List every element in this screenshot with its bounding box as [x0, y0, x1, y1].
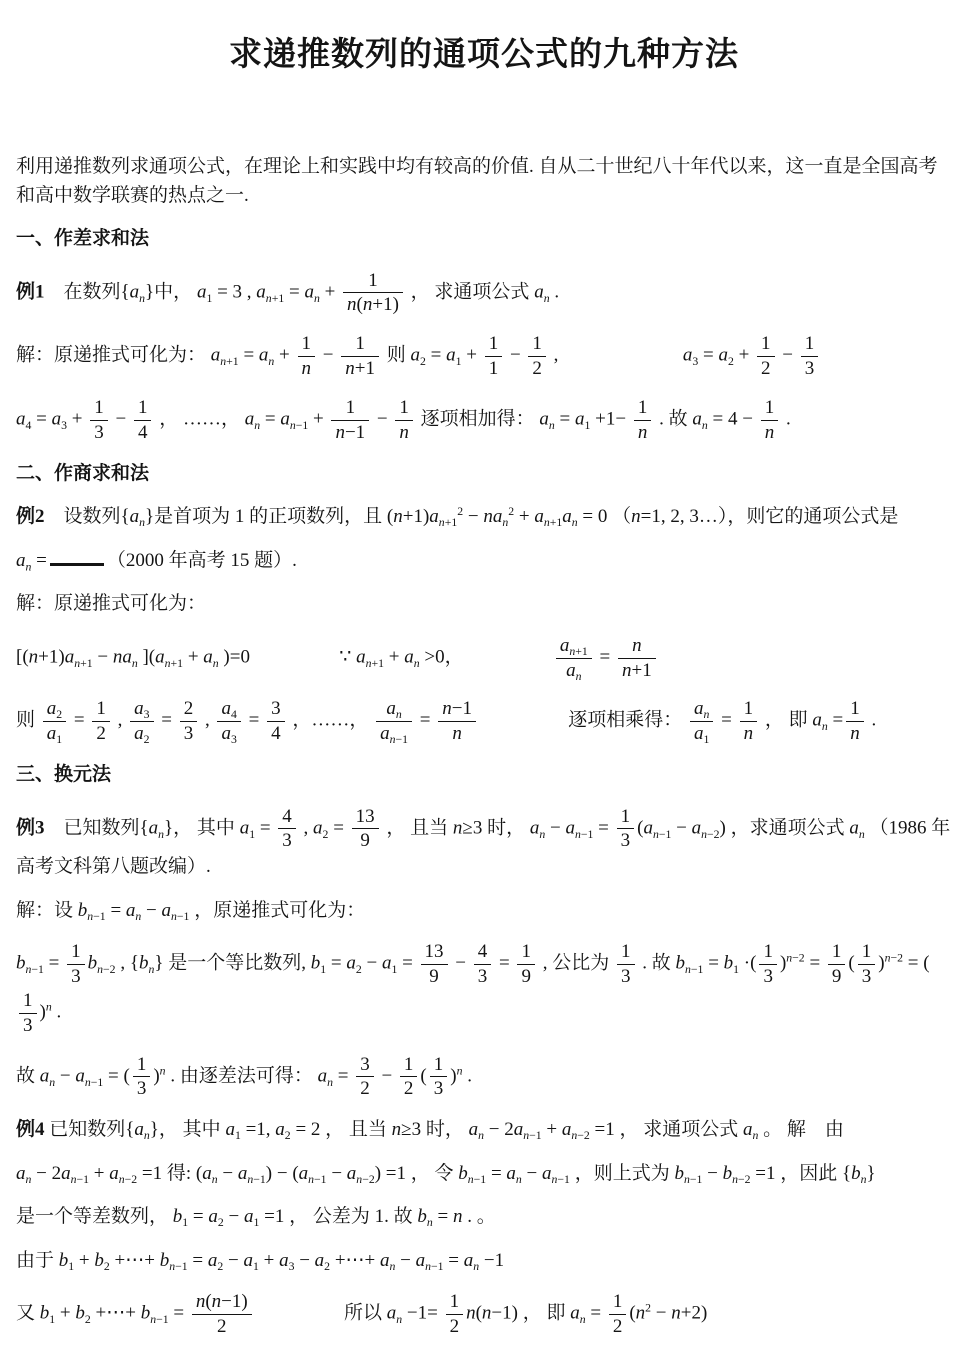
fraction: 19: [828, 941, 846, 988]
text-line-16: 例4 已知数列{an}， 其中 a1 =1, a2 = 2 ， 且当 n≥3 时…: [16, 1116, 952, 1145]
fraction: 13: [617, 806, 635, 853]
fraction: 32: [356, 1054, 374, 1101]
text-line-8: 解：原递推式可化为：: [16, 590, 952, 619]
fraction: a2a1: [43, 698, 66, 745]
fraction: a3a2: [130, 698, 153, 745]
section-heading-5: 二、作商求和法: [16, 460, 952, 489]
fraction: 1n: [761, 397, 779, 444]
text-line-4: a4 = a3 + 13 − 14 ， ……， an = an−1 + 1n−1…: [16, 396, 952, 445]
fraction: 1n: [740, 698, 758, 745]
fraction: 1n: [298, 333, 316, 380]
text-line-0: 利用递推数列求通项公式，在理论上和实践中均有较高的价值. 自从二十世纪八十年代以…: [16, 153, 952, 210]
fraction: 1n: [846, 698, 864, 745]
document-page: 求递推数列的通项公式的九种方法 利用递推数列求通项公式，在理论上和实践中均有较高…: [0, 0, 970, 1364]
fraction: 1n+1: [341, 333, 379, 380]
text-line-19: 由于 b1 + b2 +⋯+ bn−1 = a2 − a1 + a3 − a2 …: [16, 1247, 952, 1276]
fraction: 23: [180, 698, 198, 745]
text-line-10: 则 a2a1 = 12 , a3a2 = 23 , a4a3 = 34 ，……，…: [16, 697, 952, 746]
document-body: 利用递推数列求通项公式，在理论上和实践中均有较高的价值. 自从二十世纪八十年代以…: [16, 153, 952, 1339]
text-line-20: 又 b1 + b2 +⋯+ bn−1 = n(n−1)2 所以 an −1= 1…: [16, 1290, 952, 1339]
fraction: 34: [267, 698, 285, 745]
fraction: 12: [609, 1291, 627, 1338]
fraction: n(n−1)2: [192, 1291, 252, 1338]
text-line-12: 例3 已知数列{an}， 其中 a1 = 43 , a2 = 139 ， 且当 …: [16, 805, 952, 882]
fraction: nn+1: [618, 635, 656, 682]
text-line-14: bn−1 = 13bn−2 , {bn} 是一个等比数列, b1 = a2 − …: [16, 940, 952, 1037]
text-line-2: 例1 在数列{an}中， a1 = 3 , an+1 = an + 1n(n+1…: [16, 269, 952, 318]
section-heading-11: 三、换元法: [16, 761, 952, 790]
fraction: 13: [90, 397, 108, 444]
fraction: 43: [474, 941, 492, 988]
fraction: 13: [133, 1054, 151, 1101]
fraction: 11: [485, 333, 503, 380]
fraction: 43: [278, 806, 296, 853]
fraction: an+1an: [556, 635, 592, 682]
text-line-3: 解：原递推式可化为： an+1 = an + 1n − 1n+1 则 a2 = …: [16, 332, 952, 381]
fraction: 13: [430, 1054, 448, 1101]
fraction: 13: [19, 990, 37, 1037]
section-heading-1: 一、作差求和法: [16, 225, 952, 254]
text-line-6: 例2 设数列{an}是首项为 1 的正项数列，且 (n+1)an+12 − na…: [16, 503, 952, 532]
fraction: 13: [759, 941, 777, 988]
fraction: 139: [352, 806, 379, 853]
text-line-17: an − 2an−1 + an−2 =1 得: (an − an−1) − (a…: [16, 1160, 952, 1189]
answer-blank: [50, 547, 104, 566]
fraction: 12: [92, 698, 110, 745]
fraction: 14: [134, 397, 152, 444]
fraction: n−1n: [438, 698, 476, 745]
text-line-15: 故 an − an−1 = (13)n . 由逐差法可得： an = 32 − …: [16, 1053, 952, 1102]
fraction: 139: [421, 941, 448, 988]
fraction: 12: [446, 1291, 464, 1338]
fraction: 1n−1: [331, 397, 369, 444]
fraction: 13: [858, 941, 876, 988]
text-line-9: [(n+1)an+1 − nan ](an+1 + an )=0 ∵ an+1 …: [16, 634, 952, 683]
fraction: 1n: [395, 397, 413, 444]
text-line-7: an =（2000 年高考 15 题）.: [16, 547, 952, 576]
fraction: 12: [528, 333, 546, 380]
fraction: 13: [67, 941, 85, 988]
text-line-18: 是一个等差数列， b1 = a2 − a1 =1 ， 公差为 1. 故 bn =…: [16, 1203, 952, 1232]
text-line-13: 解：设 bn−1 = an − an−1 ，原递推式可化为：: [16, 897, 952, 926]
fraction: a4a3: [217, 698, 240, 745]
fraction: 1n: [634, 397, 652, 444]
fraction: 1n(n+1): [343, 270, 403, 317]
fraction: 12: [757, 333, 775, 380]
fraction: anan−1: [376, 698, 412, 745]
document-title: 求递推数列的通项公式的九种方法: [16, 28, 952, 75]
fraction: 12: [400, 1054, 418, 1101]
fraction: 13: [801, 333, 819, 380]
fraction: 13: [617, 941, 635, 988]
fraction: ana1: [690, 698, 713, 745]
fraction: 19: [517, 941, 535, 988]
